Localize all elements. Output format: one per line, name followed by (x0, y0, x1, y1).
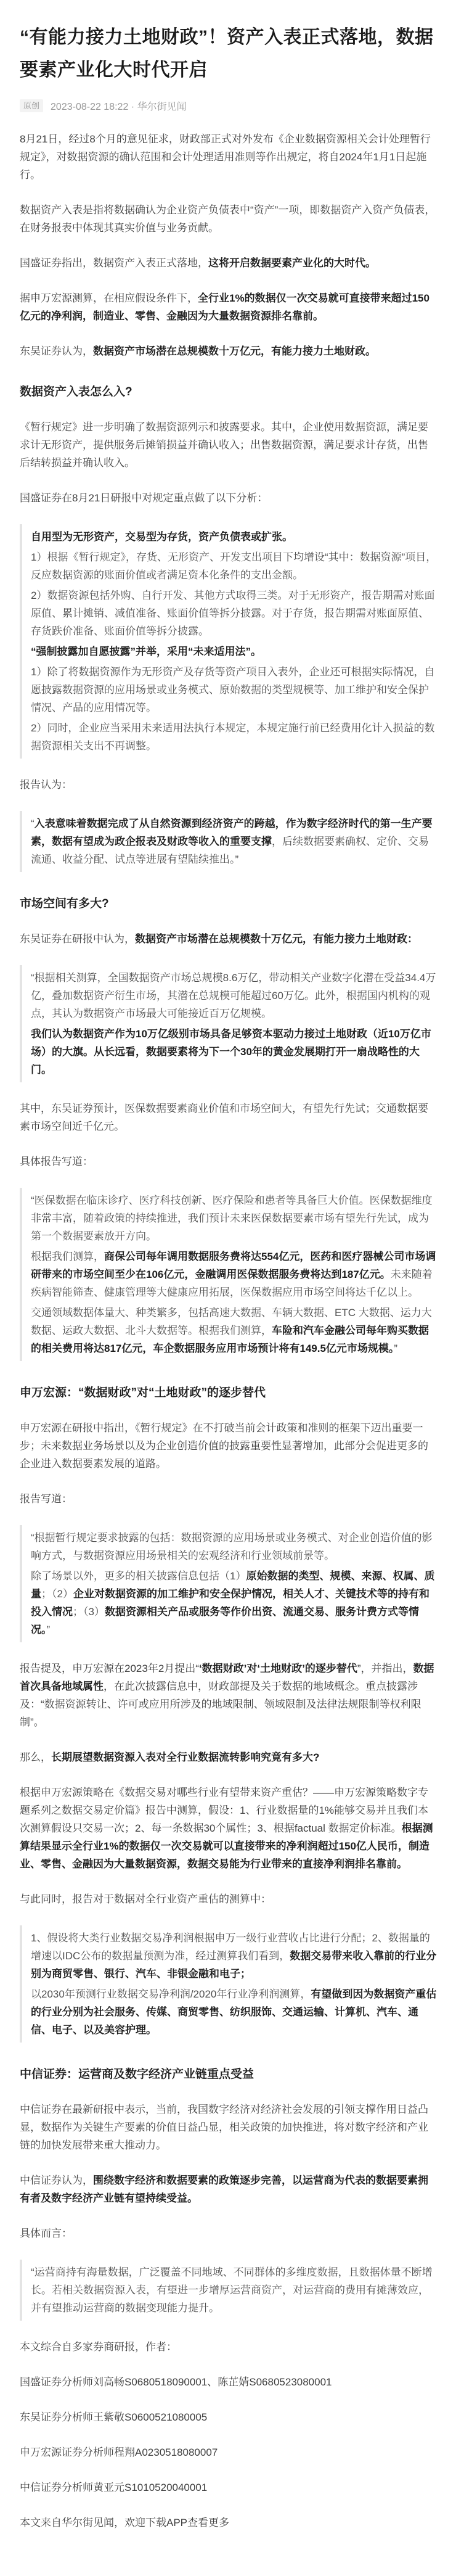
publish-date: 2023-08-22 18:22 · 华尔街见闻 (51, 99, 187, 113)
report-quote: 1、假设将大类行业数据交易净利润根据申万一级行业营收占比进行分配；2、数据量的增… (20, 1925, 438, 2043)
article-page: “有能力接力土地财政”！资产入表正式落地，数据要素产业化大时代开启 原创 202… (0, 0, 456, 2576)
paragraph: 东吴证券认为，数据资产市场潜在总规模数十万亿元，有能力接力土地财政。 (20, 342, 438, 360)
section-heading: 中信证券：运营商及数字经济产业链重点受益 (20, 2066, 438, 2083)
section-heading: 数据资产入表怎么入? (20, 384, 438, 401)
paragraph: 其中，东吴证券预计，医保数据要素商业价值和市场空间大，有望先行先试；交通数据要素… (20, 1100, 438, 1135)
section-heading: 市场空间有多大? (20, 895, 438, 913)
paragraph: 中信证券在最新研报中表示，当前，我国数字经济对经济社会发展的引领支撑作用日益凸显… (20, 2101, 438, 2154)
paragraph: 那么，长期展望数据资源入表对全行业数据流转影响究竟有多大? (20, 1748, 438, 1766)
section-heading: 申万宏源：“数据财政”对“土地财政”的逐步替代 (20, 1385, 438, 1402)
paragraph: 中信证券分析师黄亚元S1010520040001 (20, 2479, 438, 2496)
paragraph: 根据申万宏源策略在《数据交易对哪些行业有望带来资产重估？——申万宏源策略数字专题… (20, 1784, 438, 1873)
paragraph: 本文来自华尔街见闻，欢迎下载APP查看更多 (20, 2514, 438, 2532)
paragraph: 中信证券认为，围绕数字经济和数据要素的政策逐步完善，以运营商为代表的数据要素拥有… (20, 2171, 438, 2207)
article-title: “有能力接力土地财政”！资产入表正式落地，数据要素产业化大时代开启 (20, 21, 438, 86)
paragraph: 报告写道： (20, 1490, 438, 1508)
paragraph: 东吴证券在研报中认为，数据资产市场潜在总规模数十万亿元，有能力接力土地财政： (20, 930, 438, 948)
paragraph: 国盛证券分析师刘高畅S0680518090001、陈芷婧S06805230800… (20, 2373, 438, 2391)
paragraph: 国盛证券在8月21日研报中对规定重点做了以下分析： (20, 489, 438, 507)
paragraph: 与此同时，报告对于数据对全行业资产重估的测算中： (20, 1890, 438, 1908)
report-quote: “根据相关测算，全国数据资产市场总规模8.6万亿，带动相关产业数字化潜在受益34… (20, 965, 438, 1082)
article-body: 8月21日，经过8个月的意见征求，财政部正式对外发布《企业数据资源相关会计处理暂… (20, 130, 438, 2532)
paragraph: 据申万宏源测算，在相应假设条件下，全行业1%的数据仅一次交易就可直接带来超过15… (20, 289, 438, 325)
report-quote: “根据暂行规定要求披露的包括：数据资源的应用场景或业务模式、对企业创造价值的影响… (20, 1525, 438, 1642)
paragraph: 具体而言： (20, 2224, 438, 2242)
report-quote: “入表意味着数据完成了从自然资源到经济资产的跨越，作为数字经济时代的第一生产要素… (20, 811, 438, 872)
paragraph: 申万宏源在研报中指出，《暂行规定》在不打破当前会计政策和准则的框架下迈出重要一步… (20, 1419, 438, 1473)
paragraph: 东吴证券分析师王紫敬S0600521080005 (20, 2408, 438, 2426)
paragraph: 申万宏源证券分析师程翔A0230518080007 (20, 2443, 438, 2461)
report-quote: 自用型为无形资产，交易型为存货，资产负债表或扩张。1）根据《暂行规定》，存货、无… (20, 524, 438, 759)
paragraph: 《暂行规定》进一步明确了数据资源列示和披露要求。其中，企业使用数据资源，满足要求… (20, 418, 438, 472)
paragraph: 国盛证券指出，数据资产入表正式落地，这将开启数据要素产业化的大时代。 (20, 254, 438, 272)
paragraph: 数据资产入表是指将数据确认为企业资产负债表中“资产”一项，即数据资产入资产负债表… (20, 201, 438, 237)
report-quote: “运营商持有海量数据，广泛覆盖不同地域、不同群体的多维度数据，且数据体量不断增长… (20, 2260, 438, 2321)
paragraph: 本文综合自多家券商研报，作者： (20, 2338, 438, 2356)
paragraph: 报告提及，申万宏源在2023年2月提出“‘数据财政’对‘土地财政’的逐步替代”，… (20, 1660, 438, 1731)
report-quote: “医保数据在临床诊疗、医疗科技创新、医疗保险和患者等具备巨大价值。医保数据维度非… (20, 1188, 438, 1361)
original-badge: 原创 (20, 99, 43, 112)
article-meta: 原创 2023-08-22 18:22 · 华尔街见闻 (20, 99, 438, 113)
paragraph: 具体报告写道： (20, 1153, 438, 1171)
paragraph: 报告认为： (20, 776, 438, 794)
paragraph: 8月21日，经过8个月的意见征求，财政部正式对外发布《企业数据资源相关会计处理暂… (20, 130, 438, 184)
